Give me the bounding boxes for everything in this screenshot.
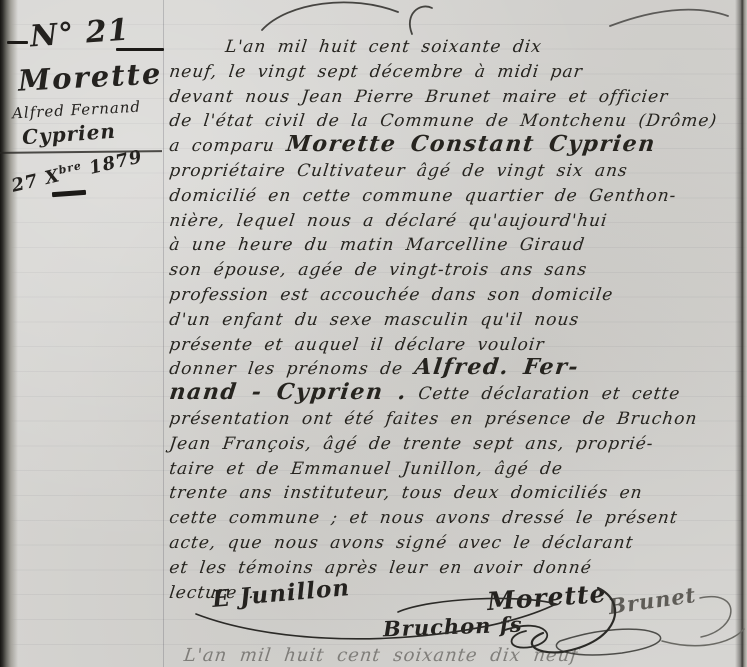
next-act-fragment: L'an mil huit cent soixante dix neuf <box>183 645 580 666</box>
act-line: neuf, le vingt sept décembre à midi par <box>168 58 747 83</box>
margin-name-given-2: Cyprien <box>21 119 116 149</box>
act-line: propriétaire Cultivateur âgé de vingt si… <box>168 157 747 182</box>
margin-name-given-1: Alfred Fernand <box>12 98 142 123</box>
ink-dash <box>116 48 164 51</box>
act-line: à une heure du matin Marcelline Giraud <box>168 231 747 256</box>
civil-register-page: N° 21 Morette Alfred Fernand Cyprien 27 … <box>0 0 747 667</box>
act-line: d'un enfant du sexe masculin qu'il nous <box>168 306 747 331</box>
margin-rule-line <box>163 0 164 667</box>
act-line: nand - Cyprien . Cette déclaration et ce… <box>168 380 747 405</box>
act-line: a comparu Morette Constant Cyprien <box>168 132 747 157</box>
margin-date-suffix: bre <box>57 159 83 177</box>
act-line: Jean François, âgé de trente sept ans, p… <box>168 430 747 455</box>
previous-act-flourish <box>610 10 728 26</box>
act-line: présentation ont été faites en présence … <box>168 405 747 430</box>
act-line: domicilié en cette commune quartier de G… <box>168 182 747 207</box>
act-line: et les témoins après leur en avoir donné <box>168 554 747 579</box>
act-line: acte, que nous avons signé avec le décla… <box>168 529 747 554</box>
page-edge-left <box>0 0 18 667</box>
previous-act-flourish <box>410 6 432 34</box>
act-line: donner les prénoms de Alfred. Fer- <box>168 355 747 380</box>
act-body: L'an mil huit cent soixante dix neuf, le… <box>168 33 745 603</box>
previous-act-flourish <box>262 2 398 30</box>
margin-name-surname: Morette <box>17 56 163 98</box>
act-line: nière, lequel nous a déclaré qu'aujourd'… <box>168 207 747 232</box>
act-line: cette commune ; et nous avons dressé le … <box>168 504 747 529</box>
act-line: trente ans instituteur, tous deux domici… <box>168 479 747 504</box>
ink-dash <box>7 41 28 44</box>
act-line: taire et de Emmanuel Junillon, âgé de <box>168 455 747 480</box>
act-line: de l'état civil de la Commune de Montche… <box>168 107 747 132</box>
act-line: L'an mil huit cent soixante dix <box>168 33 747 58</box>
act-line: profession est accouchée dans son domici… <box>168 281 747 306</box>
act-line: son épouse, agée de vingt-trois ans sans <box>168 256 747 281</box>
act-line: présente et auquel il déclare vouloir <box>168 331 747 356</box>
act-line: devant nous Jean Pierre Brunet maire et … <box>168 83 747 108</box>
signature-bruchon: Bruchon fs <box>383 612 523 642</box>
ink-dash <box>52 190 86 197</box>
